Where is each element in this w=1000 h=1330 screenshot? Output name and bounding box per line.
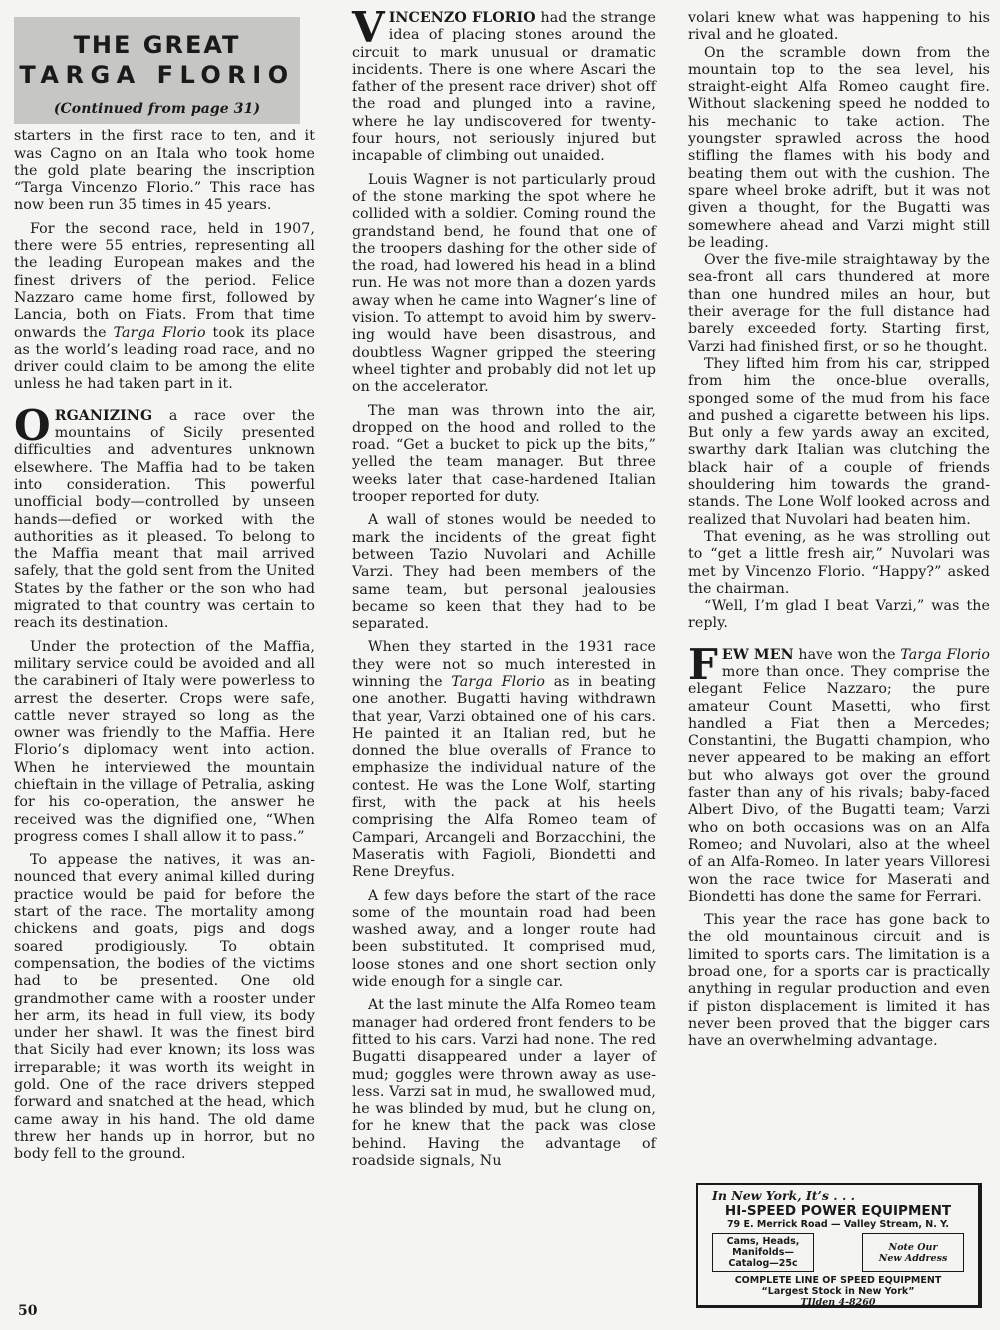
lead-in: EW MEN xyxy=(722,647,794,663)
drop-cap: V xyxy=(352,12,385,44)
paragraph: starters in the first race to ten, and i… xyxy=(14,128,315,214)
paragraph: A wall of stones would be needed to mark… xyxy=(352,512,656,633)
paragraph: For the second race, held in 1907, there… xyxy=(14,221,315,394)
ad-catalog-box: Cams, Heads, Manifolds— Catalog—25c xyxy=(712,1233,814,1272)
text: as in beating one another. Bugatti havin… xyxy=(352,674,656,880)
article-column-3: volari knew what was happening to his ri… xyxy=(688,10,990,1051)
ad-box-line: Manifolds— xyxy=(717,1247,809,1258)
ad-box-line: New Address xyxy=(867,1253,959,1264)
ad-address: 79 E. Merrick Road — Valley Stream, N. Y… xyxy=(698,1219,978,1231)
text: more than once. They comprise the elegan… xyxy=(688,664,990,905)
paragraph: A few days before the start of the race … xyxy=(352,888,656,992)
ad-slogan: “Largest Stock in New York” xyxy=(698,1286,978,1297)
paragraph: That evening, as he was strolling out to… xyxy=(688,529,990,598)
ad-brand-name: HI-SPEED POWER EQUIPMENT xyxy=(698,1203,978,1219)
ad-phone: TIlden 4-8260 xyxy=(698,1297,978,1308)
italic-text: Targa Florio xyxy=(451,674,545,690)
article-column-2: VINCENZO FLORIO had the strange idea of … xyxy=(352,10,656,1176)
lead-in: RGANIZING xyxy=(55,408,153,424)
paragraph: This year the race has gone back to the … xyxy=(688,912,990,1050)
article-title-line2: TARGA FLORIO xyxy=(14,59,300,91)
page-number: 50 xyxy=(18,1303,37,1319)
ad-box-line: Catalog—25c xyxy=(717,1258,809,1269)
advertisement-box: In New York, It’s . . . HI-SPEED POWER E… xyxy=(696,1183,982,1308)
paragraph: When they started in the 1931 race they … xyxy=(352,639,656,881)
section-paragraph: FEW MEN have won the Targa Florio more t… xyxy=(688,647,990,906)
paragraph: volari knew what was happening to his ri… xyxy=(688,10,990,45)
ad-boxes: Cams, Heads, Manifolds— Catalog—25c Note… xyxy=(712,1233,964,1272)
text: have won the xyxy=(794,647,901,663)
article-title-box: THE GREAT TARGA FLORIO (Continued from p… xyxy=(14,17,300,124)
paragraph: To appease the natives, it was an­nounce… xyxy=(14,852,315,1163)
paragraph: “Well, I’m glad I beat Varzi,” was the r… xyxy=(688,598,990,633)
ad-box-line: Cams, Heads, xyxy=(717,1236,809,1247)
text: had the strange idea of placing stones a… xyxy=(352,10,656,164)
paragraph: Over the five-mile straightaway by the s… xyxy=(688,252,990,356)
paragraph: At the last minute the Alfa Ro­meo team … xyxy=(352,997,656,1170)
paragraph: Louis Wagner is not particularly proud o… xyxy=(352,172,656,397)
ad-new-address-box: Note Our New Address xyxy=(862,1233,964,1272)
paragraph: The man was thrown into the air, dropped… xyxy=(352,403,656,507)
article-title-line1: THE GREAT xyxy=(14,31,300,59)
ad-intro: In New York, It’s . . . xyxy=(712,1189,978,1203)
paragraph: On the scramble down from the mountain t… xyxy=(688,45,990,253)
drop-cap: F xyxy=(688,649,718,681)
article-column-1: THE GREAT TARGA FLORIO (Continued from p… xyxy=(14,8,315,1170)
paragraph: They lifted him from his car, stripped f… xyxy=(688,356,990,529)
section-paragraph: VINCENZO FLORIO had the strange idea of … xyxy=(352,10,656,166)
text: a race over the mountains of Sicily pres… xyxy=(14,408,315,632)
italic-text: Targa Florio xyxy=(900,647,990,663)
section-paragraph: ORGANIZING a race over the mountains of … xyxy=(14,408,315,633)
italic-text: Targa Florio xyxy=(114,325,206,341)
lead-in: INCENZO FLORIO xyxy=(389,10,536,26)
ad-box-line: Note Our xyxy=(867,1242,959,1253)
ad-tagline: COMPLETE LINE OF SPEED EQUIPMENT xyxy=(698,1275,978,1286)
paragraph: Under the protection of the Maf­fia, mil… xyxy=(14,639,315,847)
text: For the second race, held in 1907, there… xyxy=(14,221,315,341)
drop-cap: O xyxy=(14,410,51,442)
continued-from-note: (Continued from page 31) xyxy=(14,101,300,118)
